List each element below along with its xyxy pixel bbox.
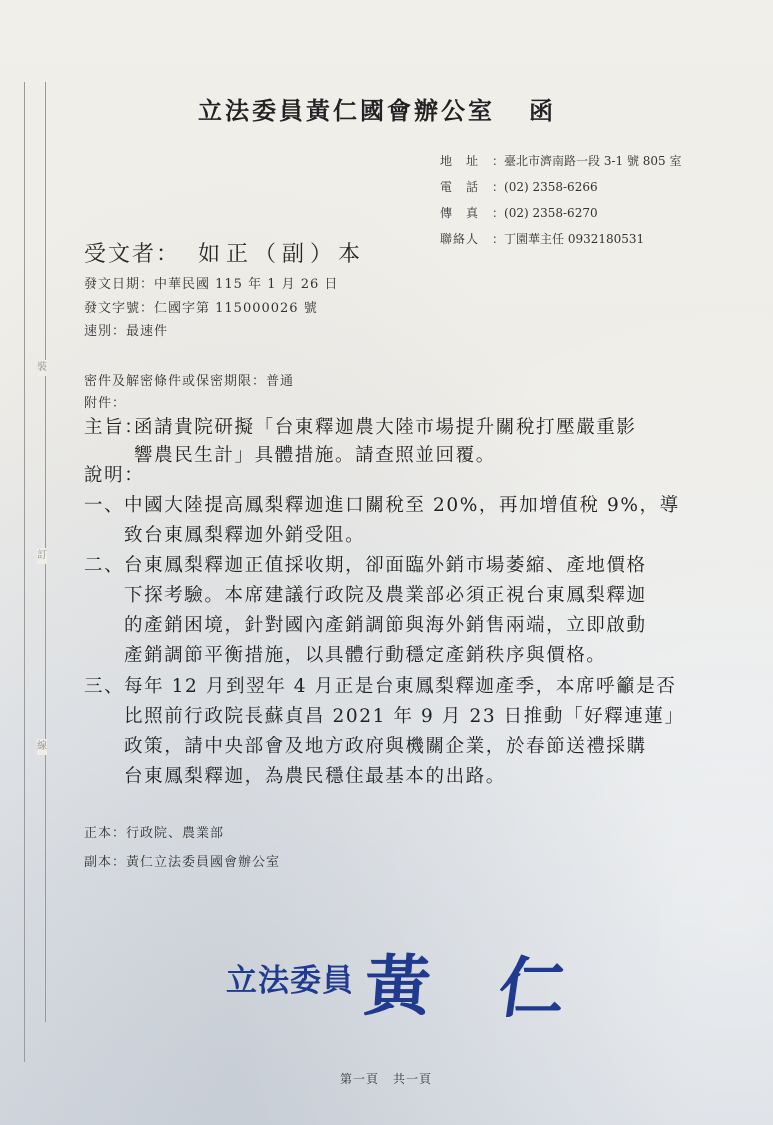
item-line: 產銷調節平衡措施，以具體行動穩定產銷秩序與價格。 [124,641,606,667]
original-copy: 正本：行政院、農業部 [84,822,224,841]
subject-line: 函請貴院研擬「台東釋迦農大陸市場提升關稅打壓嚴重影 [134,413,637,439]
contact-fax: 傳 真：(02) 2358-6270 [440,200,682,226]
binding-label-ding: 訂 [37,548,47,564]
explanation-label: 說明： [84,461,144,487]
binding-label-xian: 線 [37,739,47,755]
item-line: 台東鳳梨釋迦正值採收期，卻面臨外銷市場萎縮、產地價格 [124,551,647,577]
signature-name-given: 仁 [493,935,572,1030]
contact-phone: 電 話：(02) 2358-6266 [440,174,682,200]
issue-number: 發文字號：仁國字第 115000026 號 [84,297,318,316]
item-marker: 三、 [84,672,124,698]
attachment: 附件： [84,392,126,411]
confidentiality: 密件及解密條件或保密期限：普通 [84,370,294,389]
contact-block: 地 址：臺北市濟南路一段 3-1 號 805 室 電 話：(02) 2358-6… [440,148,682,252]
item-line: 每年 12 月到翌年 4 月正是台東鳳梨釋迦產季，本席呼籲是否 [124,672,676,698]
item-line: 中國大陸提高鳳梨釋迦進口關稅至 20%，再加增值稅 9%，導 [124,491,680,517]
recipient: 受文者：如正（副）本 [84,237,366,268]
item-marker: 二、 [84,551,124,577]
binding-label-zhuang: 裝 [37,360,47,376]
item-line: 的產銷困境，針對國內產銷調節與海外銷售兩端，立即啟動 [124,611,647,637]
issue-date: 發文日期：中華民國 115 年 1 月 26 日 [84,273,338,292]
recipient-value: 如正（副）本 [198,242,366,267]
binding-line-outer [24,82,25,1062]
signature-title: 立法委員 [226,955,354,1000]
contact-person: 聯絡人：丁園華主任 0932180531 [440,226,682,252]
page-current: 第一頁 [340,1072,379,1086]
signature-name-surname: 黃 [362,933,435,1028]
contact-address: 地 址：臺北市濟南路一段 3-1 號 805 室 [440,148,682,174]
item-line: 台東鳳梨釋迦，為農民穩住最基本的出路。 [124,762,506,788]
document-type: 函 [529,96,556,125]
item-marker: 一、 [84,491,124,517]
page-number: 第一頁共一頁 [340,1070,432,1087]
subject-line: 響農民生計」具體措施。請查照並回覆。 [134,441,496,467]
page-total: 共一頁 [393,1072,432,1086]
item-line: 下探考驗。本席建議行政院及農業部必須正視台東鳳梨釋迦 [124,581,647,607]
recipient-label: 受文者： [84,242,180,267]
office-name: 立法委員黃仁國會辦公室 [198,96,495,125]
item-line: 致台東鳳梨釋迦外銷受阻。 [124,521,365,547]
item-line: 政策，請中央部會及地方政府與機關企業，於春節送禮採購 [124,732,647,758]
document-title: 立法委員黃仁國會辦公室函 [198,91,556,126]
speed-class: 速別：最速件 [84,320,168,339]
item-line: 比照前行政院長蘇貞昌 2021 年 9 月 23 日推動「好釋連蓮」 [124,702,685,728]
duplicate-copy: 副本：黃仁立法委員國會辦公室 [84,851,280,870]
